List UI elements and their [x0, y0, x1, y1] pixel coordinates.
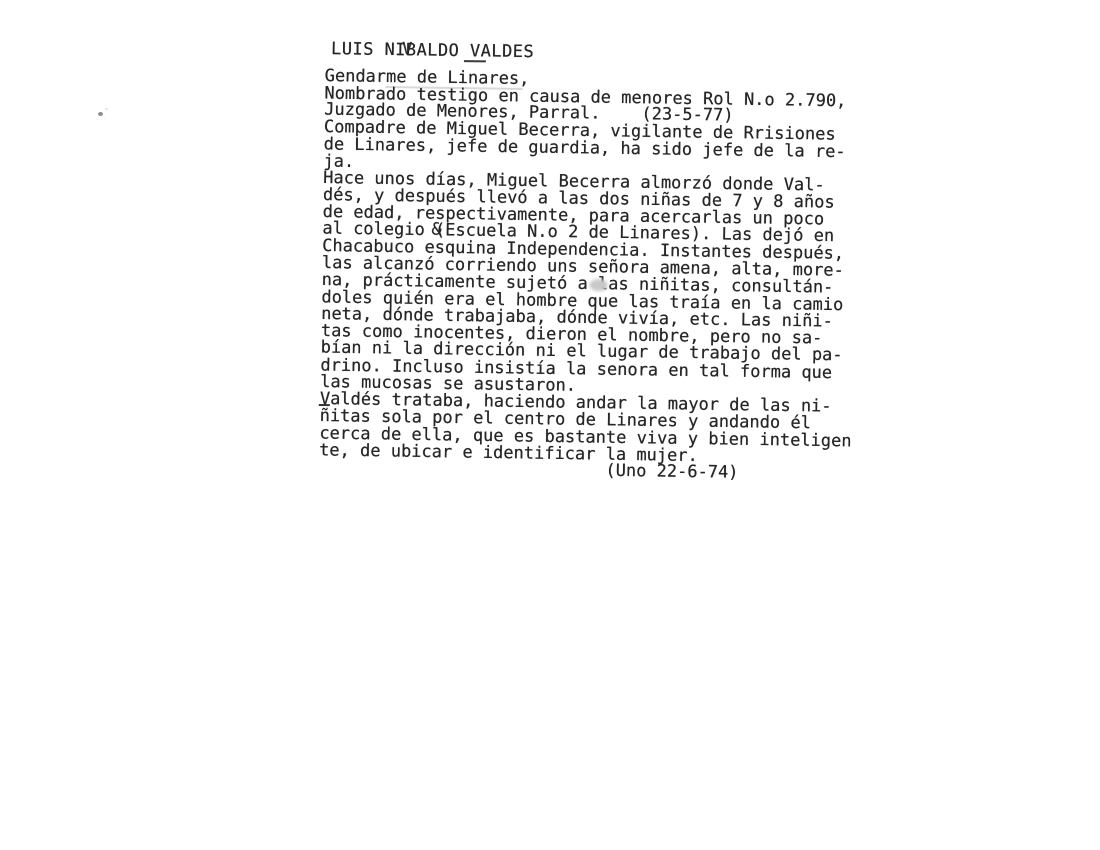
body-text: Gendarme de Linares, Nombrado testigo en…: [317, 68, 903, 485]
ink-smudge: [590, 279, 608, 291]
ink-speck: [98, 112, 103, 116]
overstrike-mark-title: V: [402, 41, 413, 58]
typewritten-text-block: LUIS NIBALDO VALDES V & Gendarme de Lina…: [317, 36, 903, 485]
scanned-document-page: LUIS NIBALDO VALDES V & Gendarme de Lina…: [0, 0, 1100, 850]
title-underline-mark: [464, 60, 486, 62]
valdes-underline-mark: [319, 404, 330, 406]
